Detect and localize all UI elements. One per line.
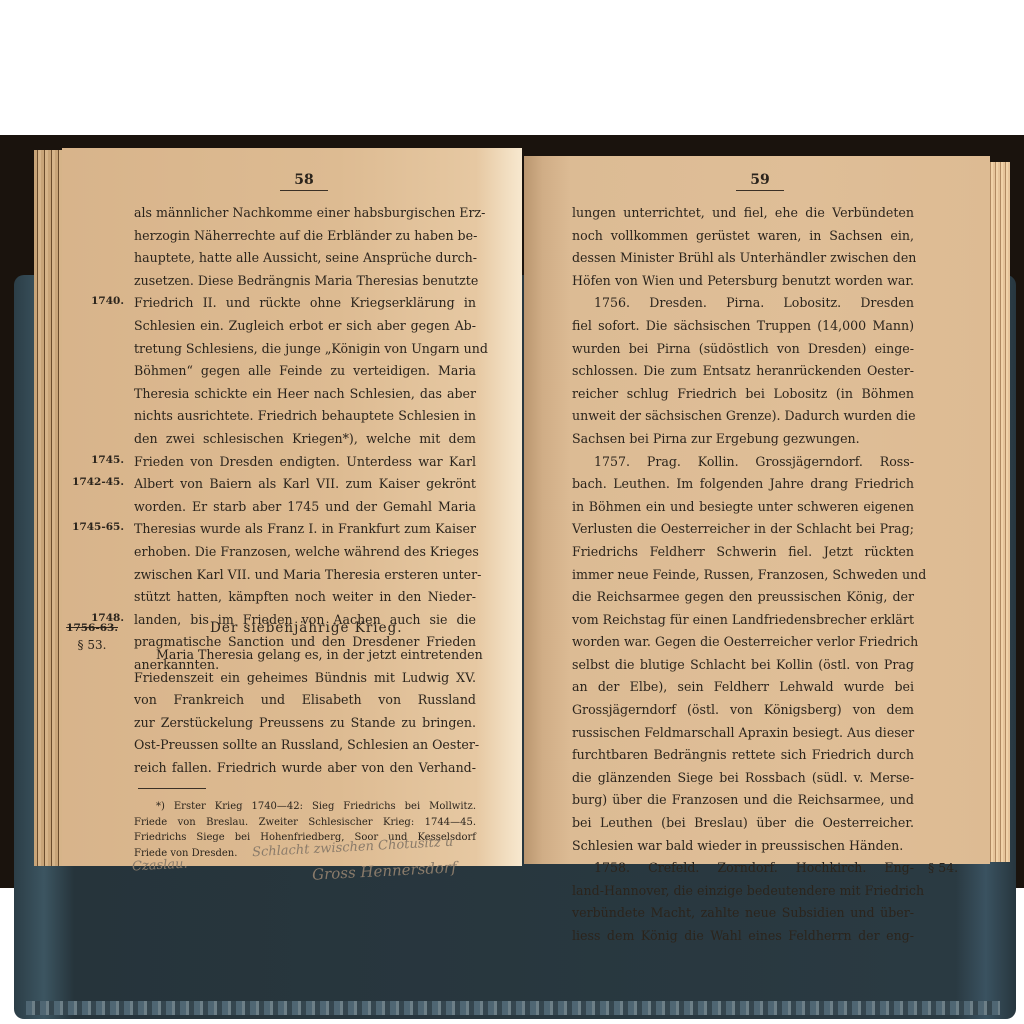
text-line: reich fallen. Friedrich wurde aber von d… <box>134 757 476 780</box>
text-line: Friedenszeit ein geheimes Bündnis mit Lu… <box>134 667 476 690</box>
text-line: in Böhmen ein und besiegte unter schwere… <box>572 496 914 519</box>
text-line: Höfen von Wien und Petersburg benutzt wo… <box>572 270 914 293</box>
text-line: an der Elbe), sein Feldherr Lehwald wurd… <box>572 676 914 699</box>
text-line: nichts ausrichtete. Friedrich behauptete… <box>134 405 476 428</box>
text-line: 1756. Dresden. Pirna. Lobositz. Dresden <box>572 292 914 315</box>
handwritten-note-2: Czaslau. <box>132 857 188 875</box>
text-line: 1757. Prag. Kollin. Grossjägerndorf. Ros… <box>572 451 914 474</box>
text-line: furchtbaren Bedrängnis rettete sich Frie… <box>572 744 914 767</box>
text-line: worden. Er starb aber 1745 und der Gemah… <box>134 496 476 519</box>
text-line: erhoben. Die Franzosen, welche während d… <box>134 541 476 564</box>
text-line: tretung Schlesiens, die junge „Königin v… <box>134 338 476 361</box>
section-heading: Der siebenjährige Krieg. <box>210 620 403 636</box>
text-line: lungen unterrichtet, und fiel, ehe die V… <box>572 202 914 225</box>
text-line: herzogin Näherrechte auf die Erbländer z… <box>134 225 476 248</box>
text-line: die Reichsarmee gegen den preussischen K… <box>572 586 914 609</box>
text-line: bach. Leuthen. Im folgenden Jahre drang … <box>572 473 914 496</box>
text-line: stützt hatten, kämpften noch weiter in d… <box>134 586 476 609</box>
text-line: Albert von Baiern als Karl VII. zum Kais… <box>134 473 476 496</box>
text-line: reicher schlug Friedrich bei Lobositz (i… <box>572 383 914 406</box>
cover-edge <box>26 1001 1000 1015</box>
text-line: zur Zerstückelung Preussens zu Stande zu… <box>134 712 476 735</box>
text-line: Theresia schickte ein Heer nach Schlesie… <box>134 383 476 406</box>
margin-note: 1745. <box>72 454 124 466</box>
text-line: bei Leuthen (bei Breslau) über die Oeste… <box>572 812 914 835</box>
margin-note: 1742-45. <box>72 476 124 488</box>
margin-note: 1740. <box>72 295 124 307</box>
text-line: von Frankreich und Elisabeth von Russlan… <box>134 689 476 712</box>
left-page: 58 als männlicher Nachkomme einer habsbu… <box>62 148 522 866</box>
text-line: immer neue Feinde, Russen, Franzosen, Sc… <box>572 564 914 587</box>
right-body-text: lungen unterrichtet, und fiel, ehe die V… <box>572 202 914 948</box>
footnote-rule <box>138 788 206 789</box>
text-line: Frieden von Dresden endigten. Unterdess … <box>134 451 476 474</box>
text-line: Ost-Preussen sollte an Russland, Schlesi… <box>134 734 476 757</box>
text-line: worden war. Gegen die Oesterreicher verl… <box>572 631 914 654</box>
text-line: als männlicher Nachkomme einer habsburgi… <box>134 202 476 225</box>
text-line: Maria Theresia gelang es, in der jetzt e… <box>134 644 476 667</box>
text-line: zwischen Karl VII. und Maria Theresia er… <box>134 564 476 587</box>
text-line: dessen Minister Brühl als Unterhändler z… <box>572 247 914 270</box>
left-page-stack <box>34 150 64 866</box>
text-line: liess dem König die Wahl eines Feldherrn… <box>572 925 914 948</box>
margin-note: § 54. <box>928 860 980 875</box>
text-line: wurden bei Pirna (südöstlich von Dresden… <box>572 338 914 361</box>
section-body-text: Maria Theresia gelang es, in der jetzt e… <box>134 644 476 780</box>
text-line: vom Reichstag für einen Landfriedensbrec… <box>572 609 914 632</box>
text-line: Theresias wurde als Franz I. in Frankfur… <box>134 518 476 541</box>
page-number: 58 <box>284 172 324 191</box>
text-line: Böhmen“ gegen alle Feinde zu verteidigen… <box>134 360 476 383</box>
text-line: die glänzenden Siege bei Rossbach (südl.… <box>572 767 914 790</box>
text-line: Grossjägerndorf (östl. von Königsberg) v… <box>572 699 914 722</box>
page-number: 59 <box>740 172 780 191</box>
right-page-stack <box>988 162 1010 862</box>
text-line: schlossen. Die zum Entsatz heranrückende… <box>572 360 914 383</box>
text-line: Friedrichs Feldherr Schwerin fiel. Jetzt… <box>572 541 914 564</box>
text-line: unweit der sächsischen Grenze). Dadurch … <box>572 405 914 428</box>
text-line: hauptete, hatte alle Aussicht, seine Ans… <box>134 247 476 270</box>
text-line: land-Hannover, die einzige bedeutendere … <box>572 880 914 903</box>
margin-note: 1745-65. <box>72 521 124 533</box>
text-line: russischen Feldmarschall Apraxin besiegt… <box>572 722 914 745</box>
text-line: selbst die blutige Schlacht bei Kollin (… <box>572 654 914 677</box>
text-line: Friedrich II. und rückte ohne Kriegserkl… <box>134 292 476 315</box>
text-line: zusetzen. Diese Bedrängnis Maria Theresi… <box>134 270 476 293</box>
text-line: *) Erster Krieg 1740—42: Sieg Friedrichs… <box>134 799 476 815</box>
text-line: Sachsen bei Pirna zur Ergebung gezwungen… <box>572 428 914 451</box>
margin-years: 1756-63. <box>66 622 118 634</box>
text-line: verbündete Macht, zahlte neue Subsidien … <box>572 902 914 925</box>
left-body-text: als männlicher Nachkomme einer habsburgi… <box>134 202 476 676</box>
text-line: noch vollkommen gerüstet waren, in Sachs… <box>572 225 914 248</box>
text-line: Friede von Breslau. Zweiter Schlesischer… <box>134 815 476 831</box>
text-line: Schlesien war bald wieder in preussische… <box>572 835 914 858</box>
text-line: Schlesien ein. Zugleich erbot er sich ab… <box>134 315 476 338</box>
text-line: fiel sofort. Die sächsischen Truppen (14… <box>572 315 914 338</box>
text-line: Verlusten die Oesterreicher in der Schla… <box>572 518 914 541</box>
text-line: 1758. Crefeld. Zorndorf. Hochkirch. Eng- <box>572 857 914 880</box>
text-line: burg) über die Franzosen und die Reichsa… <box>572 789 914 812</box>
text-line: den zwei schlesischen Kriegen*), welche … <box>134 428 476 451</box>
right-page: 59 lungen unterrichtet, und fiel, ehe di… <box>524 156 990 864</box>
margin-paragraph: § 53. <box>66 638 118 652</box>
